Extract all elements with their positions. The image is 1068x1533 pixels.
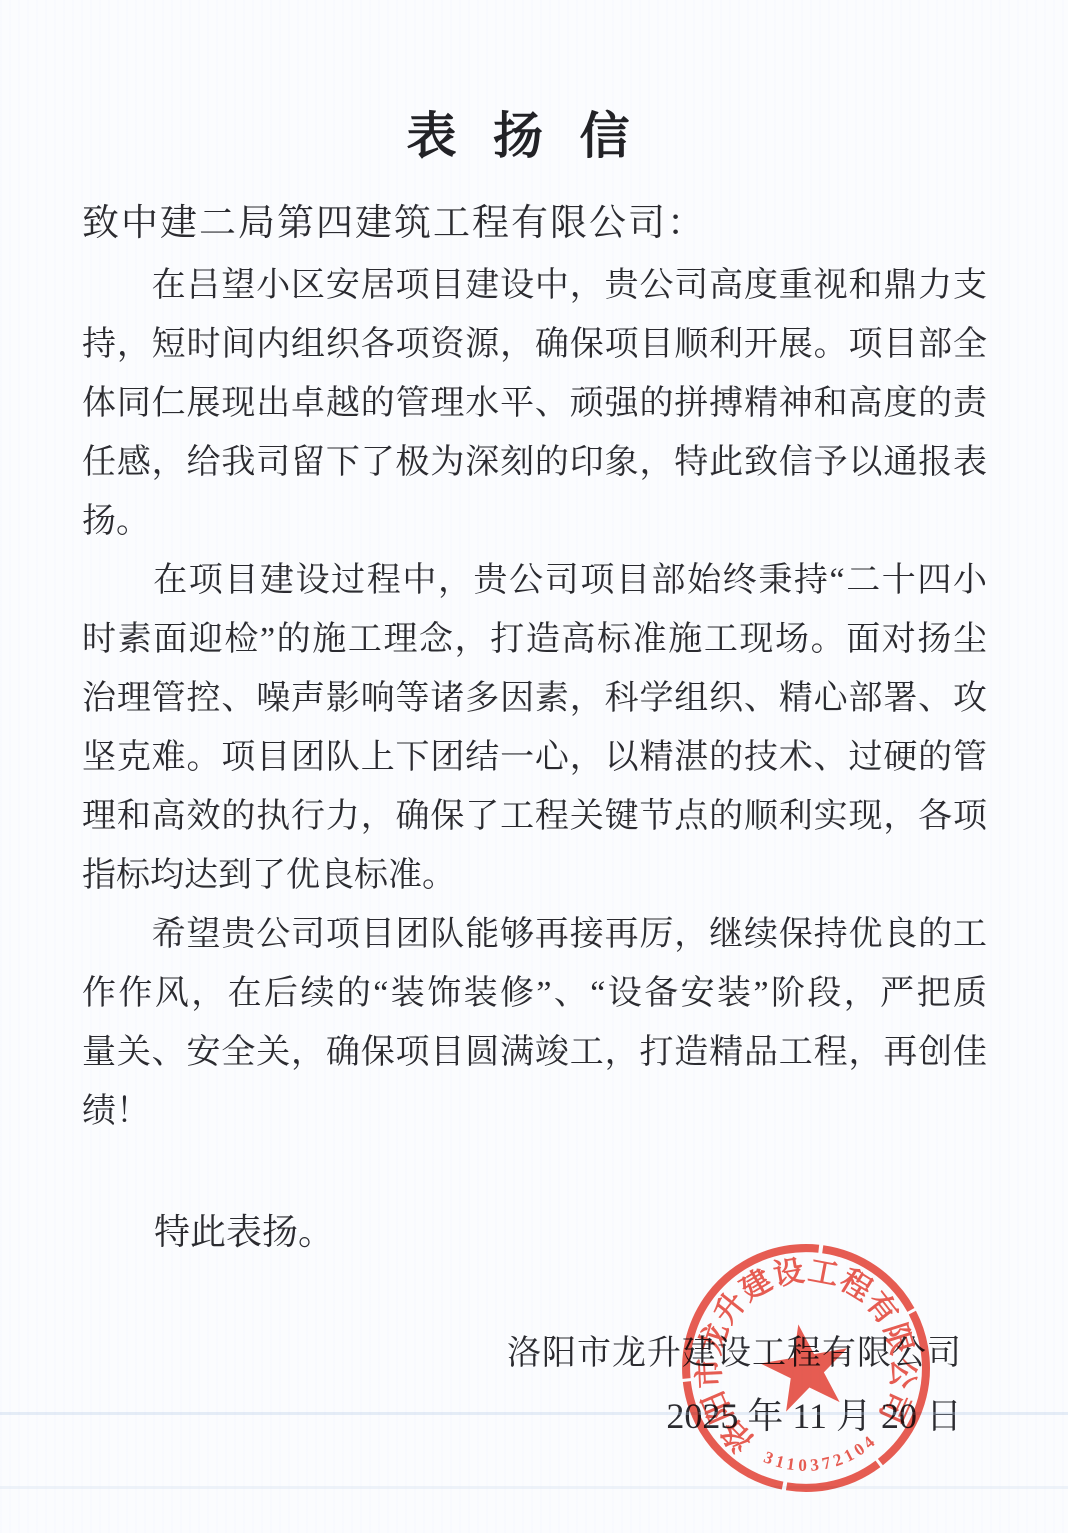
body-line: 时素面迎检”的施工理念，打造高标准施工现场。面对扬尘: [82, 610, 987, 669]
signature-company: 洛阳市龙升建设工程有限公司: [0, 1326, 962, 1382]
closing-phrase: 特此表扬。: [82, 1203, 334, 1262]
body-line: 作作风，在后续的“装饰装修”、“设备安装”阶段，严把质: [82, 964, 987, 1023]
body-line: 坚克难。项目团队上下团结一心，以精湛的技术、过硬的管: [82, 728, 987, 787]
body-line: 在吕望小区安居项目建设中，贵公司高度重视和鼎力支: [82, 256, 987, 315]
body-line: 持，短时间内组织各项资源，确保项目顺利开展。项目部全: [82, 315, 987, 374]
body-line: 在项目建设过程中，贵公司项目部始终秉持“二十四小: [82, 551, 987, 610]
body-line: 治理管控、噪声影响等诸多因素，科学组织、精心部署、攻: [82, 669, 987, 728]
body-line: 量关、安全关，确保项目圆满竣工，打造精品工程，再创佳: [82, 1023, 987, 1082]
letter-page: 表 扬 信 致中建二局第四建筑工程有限公司： 在吕望小区安居项目建设中，贵公司高…: [0, 0, 1068, 1533]
scan-artifact-line: [0, 1412, 1068, 1415]
salutation: 致中建二局第四建筑工程有限公司：: [82, 192, 706, 246]
body-line: 扬。: [82, 492, 987, 551]
body-line: 指标均达到了优良标准。: [82, 846, 987, 905]
body-line: 绩！: [82, 1082, 987, 1141]
letter-title: 表 扬 信: [0, 96, 1040, 168]
signature-date: 2025 年 11 月 20 日: [0, 1388, 962, 1444]
body-line: 希望贵公司项目团队能够再接再厉，继续保持优良的工: [82, 905, 987, 964]
scan-artifact-line: [0, 1486, 1068, 1489]
body-line: 体同仁展现出卓越的管理水平、顽强的拼搏精神和高度的责: [82, 374, 987, 433]
letter-body: 在吕望小区安居项目建设中，贵公司高度重视和鼎力支 持，短时间内组织各项资源，确保…: [82, 256, 987, 1141]
body-line: 任感，给我司留下了极为深刻的印象，特此致信予以通报表: [82, 433, 987, 492]
signature-block: 洛阳市龙升建设工程有限公司 2025 年 11 月 20 日: [0, 1326, 1068, 1444]
body-line: 理和高效的执行力，确保了工程关键节点的顺利实现，各项: [82, 787, 987, 846]
